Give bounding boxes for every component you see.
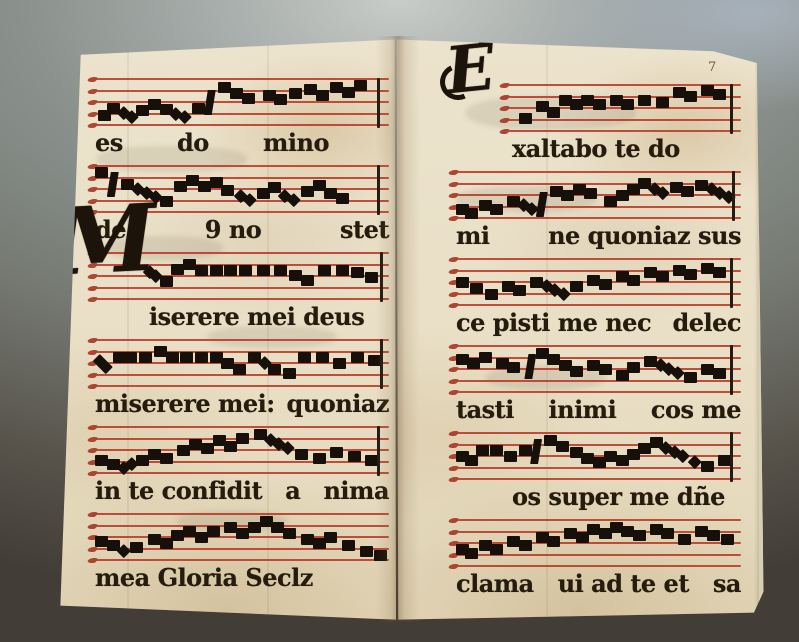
lyric-word: sa: [713, 569, 741, 599]
music-system: in te confiditanima: [95, 426, 389, 509]
neume: [556, 441, 569, 452]
lyric-word: 9 no: [205, 215, 262, 245]
neume: [268, 364, 281, 375]
neume: [656, 97, 669, 108]
lyric-word: quoniaz: [287, 389, 389, 419]
neume: [192, 103, 205, 114]
lyric-word: ne quoniaz sus: [548, 221, 741, 251]
music-system: os super me dñe: [456, 432, 741, 515]
staff-line: [456, 293, 741, 295]
lyric-word: mino: [263, 128, 329, 158]
lyric-word: ce pisti me nec: [456, 308, 651, 338]
staff-line: [456, 258, 741, 260]
music-system: xaltabo te doE: [456, 84, 741, 167]
lyric-word: es: [95, 128, 123, 158]
page-left-content: esdominode9 nostetiserere mei deusMmiser…: [95, 78, 389, 600]
staff-line: [95, 298, 389, 300]
neume: [584, 188, 597, 199]
lyric-word: in te confidit: [95, 476, 262, 506]
initial-flourish: [478, 0, 507, 46]
staff-line: [95, 78, 389, 80]
staff-line: [95, 449, 389, 451]
barline: [377, 165, 380, 215]
neume: [547, 107, 560, 118]
staff-line: [95, 385, 389, 387]
neume: [707, 530, 720, 541]
barline: [380, 339, 383, 389]
neume: [713, 368, 726, 379]
staff-line: [456, 270, 741, 272]
staff-line: [456, 478, 741, 480]
lyric-line: xaltabo te do: [456, 134, 741, 167]
neume: [661, 528, 674, 539]
staff-line: [95, 472, 389, 474]
barline: [377, 426, 380, 476]
neume: [233, 364, 246, 375]
lyric-line: miserere mei:quoniaz: [95, 389, 389, 422]
neume: [148, 534, 161, 545]
neume: [139, 352, 152, 363]
neume: [148, 449, 161, 460]
neume: [313, 453, 326, 464]
neume: [336, 193, 349, 204]
music-system: tastiinimicos me: [456, 345, 741, 428]
neume: [360, 546, 373, 557]
staff: [95, 339, 389, 389]
neume: [154, 346, 167, 357]
neume: [621, 99, 634, 110]
neume: [301, 275, 314, 286]
neume: [681, 186, 694, 197]
staff: [456, 258, 741, 308]
lyric-line: ce pisti me necdelec: [456, 308, 741, 341]
neume: [274, 94, 287, 105]
staff-line: [507, 130, 741, 132]
staff-line: [95, 559, 389, 561]
lyric-word: cos me: [651, 395, 741, 425]
neume: [236, 433, 249, 444]
neume: [507, 362, 520, 373]
neume: [570, 281, 583, 292]
neume: [599, 279, 612, 290]
neume: [485, 289, 498, 300]
lyric-line: mine quoniaz sus: [456, 221, 741, 254]
neume: [599, 364, 612, 375]
lyric-line: tastiinimicos me: [456, 395, 741, 428]
neume: [333, 358, 346, 369]
neume: [248, 522, 261, 533]
illuminated-initial-m: M: [53, 191, 160, 288]
staff: [456, 171, 741, 221]
neume: [289, 88, 302, 99]
neume: [221, 185, 234, 196]
neume: [336, 265, 349, 276]
neume: [239, 265, 252, 276]
lyric-line: clamaui ad te etsa: [456, 569, 741, 602]
neume: [374, 550, 387, 561]
manuscript-page-left: esdominode9 nostetiserere mei deusMmiser…: [57, 36, 396, 622]
neume: [95, 167, 108, 178]
neume: [479, 352, 492, 363]
neume: [324, 532, 337, 543]
lyric-word: ui ad te et: [558, 569, 689, 599]
neume: [342, 540, 355, 551]
neume: [298, 352, 311, 363]
neume: [465, 455, 478, 466]
neume: [198, 181, 211, 192]
staff-line: [456, 380, 741, 382]
neume: [195, 352, 208, 363]
neume: [465, 208, 478, 219]
neume: [456, 277, 469, 288]
barline: [732, 171, 735, 221]
neume: [160, 453, 173, 464]
staff-line: [95, 339, 389, 341]
neume: [210, 265, 223, 276]
neume: [318, 265, 331, 276]
neume: [519, 540, 532, 551]
neume: [354, 80, 367, 91]
neume: [201, 443, 214, 454]
neume: [519, 113, 532, 124]
staff-line: [456, 565, 741, 567]
music-system: ce pisti me necdelec: [456, 258, 741, 341]
neume: [504, 451, 517, 462]
neume: [180, 352, 193, 363]
lyric-word: a: [285, 476, 300, 506]
photo-backdrop: esdominode9 nostetiserere mei deusMmiser…: [0, 0, 799, 642]
barline: [730, 432, 733, 482]
neume: [593, 99, 606, 110]
neume: [268, 182, 281, 193]
neume: [701, 461, 714, 472]
neume: [678, 534, 691, 545]
neume: [207, 526, 220, 537]
neume: [530, 439, 542, 464]
staff-line: [456, 217, 741, 219]
lyric-line: os super me dñe: [456, 482, 741, 515]
lyric-word: xaltabo te do: [512, 134, 680, 164]
lyric-word: miserere mei:: [95, 389, 275, 419]
neume: [283, 528, 296, 539]
music-system: clamaui ad te etsa: [456, 519, 741, 602]
lyric-word: tasti: [456, 395, 514, 425]
lyric-word: delec: [672, 308, 741, 338]
neume: [627, 275, 640, 286]
staff-line: [95, 177, 389, 179]
page-edge: [759, 50, 763, 612]
music-system: esdomino: [95, 78, 389, 161]
neume: [570, 366, 583, 377]
manuscript-page-right: 7 xaltabo te doEmine quoniaz susce pisti…: [396, 36, 765, 622]
neume: [348, 451, 361, 462]
neume: [242, 93, 255, 104]
lyric-word: mi: [456, 221, 490, 251]
neume: [684, 91, 697, 102]
staff: [456, 345, 741, 395]
neume: [627, 362, 640, 373]
staff-line: [456, 345, 741, 347]
lyric-word: iserere mei deus: [149, 302, 364, 332]
neume: [195, 265, 208, 276]
neume: [713, 89, 726, 100]
lyric-word: nima: [323, 476, 389, 506]
music-system: mine quoniaz sus: [456, 171, 741, 254]
neume: [490, 204, 503, 215]
neume: [656, 271, 669, 282]
staff: [95, 78, 389, 128]
lyric-word: os super me dñe: [512, 482, 725, 512]
staff: [456, 519, 741, 569]
neume: [283, 368, 296, 379]
neume: [490, 445, 503, 456]
neume: [476, 445, 489, 456]
neume: [365, 272, 378, 283]
music-system: miserere mei:quoniaz: [95, 339, 389, 422]
neume: [130, 542, 143, 553]
neume: [160, 276, 173, 287]
neume: [638, 95, 651, 106]
neume: [547, 536, 560, 547]
lyric-word: mea Gloria Seclz: [95, 563, 313, 593]
folio-number: 7: [708, 60, 716, 75]
neume: [330, 447, 343, 458]
neume: [633, 530, 646, 541]
lyric-word: inimi: [549, 395, 617, 425]
music-system: mea Gloria Seclz: [95, 513, 389, 596]
neume: [490, 544, 503, 555]
staff: [95, 426, 389, 476]
neume: [301, 534, 314, 545]
neume: [470, 283, 483, 294]
staff-line: [95, 426, 389, 428]
staff-line: [456, 391, 741, 393]
staff-line: [456, 304, 741, 306]
music-system: iserere mei deusM: [95, 252, 389, 335]
neume: [301, 186, 314, 197]
staff-line: [456, 519, 741, 521]
lyric-line: esdomino: [95, 128, 389, 161]
lyric-line: iserere mei deus: [95, 302, 389, 335]
staff-line: [95, 513, 389, 515]
barline: [730, 84, 733, 134]
neume: [316, 352, 329, 363]
neume: [684, 269, 697, 280]
staff: [95, 513, 389, 563]
barline: [730, 345, 733, 395]
neume: [124, 352, 137, 363]
neume: [257, 265, 270, 276]
neume: [295, 449, 308, 460]
neume: [148, 99, 161, 110]
neume: [316, 90, 329, 101]
staff: [456, 84, 741, 134]
staff-line: [456, 171, 741, 173]
staff-line: [95, 525, 389, 527]
barline: [730, 258, 733, 308]
neume: [684, 372, 697, 383]
staff-line: [456, 194, 741, 196]
lyric-word: stet: [340, 215, 389, 245]
neume: [224, 265, 237, 276]
neume: [721, 534, 734, 545]
lyric-word: clama: [456, 569, 534, 599]
staff-line: [507, 119, 741, 121]
lyric-word: do: [177, 128, 209, 158]
neume: [513, 285, 526, 296]
staff-line: [95, 165, 389, 167]
barline: [380, 252, 383, 302]
neume: [274, 265, 287, 276]
neume: [519, 445, 532, 456]
staff-line: [507, 96, 741, 98]
lyric-line: in te confiditanima: [95, 476, 389, 509]
staff-line: [456, 432, 741, 434]
neume: [713, 267, 726, 278]
neume: [166, 352, 179, 363]
staff-line: [95, 124, 389, 126]
lyric-line: mea Gloria Seclz: [95, 563, 389, 596]
neume: [160, 196, 173, 207]
neume: [351, 267, 364, 278]
neume: [351, 352, 364, 363]
barline: [377, 78, 380, 128]
staff: [456, 432, 741, 482]
neume: [465, 548, 478, 559]
neume: [304, 84, 317, 95]
page-right-content: xaltabo te doEmine quoniaz susce pisti m…: [456, 84, 741, 606]
